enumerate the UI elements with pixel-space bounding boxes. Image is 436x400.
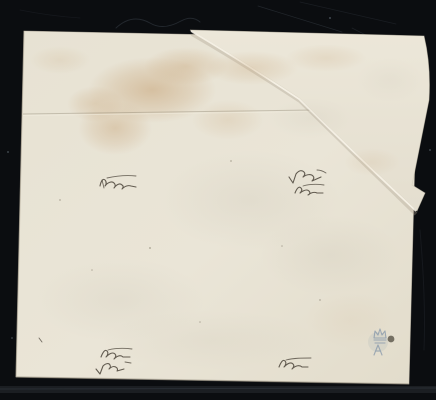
photo-stage — [0, 0, 436, 400]
stamp-block-reverse-photo — [0, 0, 436, 400]
ink-dot — [388, 336, 395, 343]
